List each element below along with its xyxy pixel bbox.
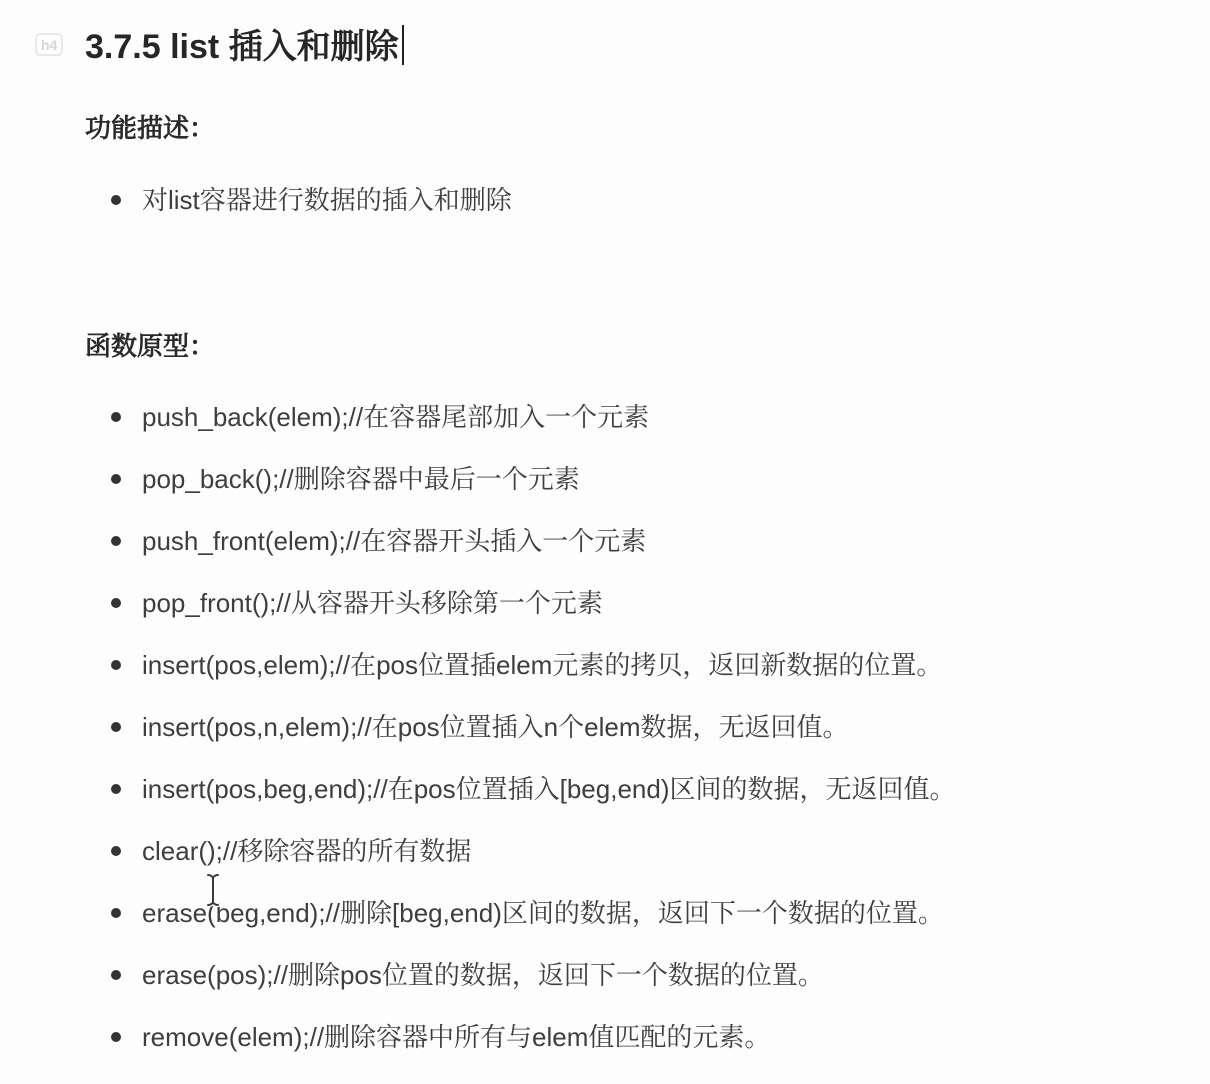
page-title-text: 3.7.5 list 插入和删除 bbox=[85, 28, 399, 66]
list-item[interactable]: pop_front();//从容器开头移除第一个元素 bbox=[142, 587, 1170, 619]
list-item[interactable]: push_front(elem);//在容器开头插入一个元素 bbox=[142, 525, 1170, 557]
list-item[interactable]: insert(pos,n,elem);//在pos位置插入n个elem数据，无返… bbox=[142, 711, 1170, 743]
section-title-function-prototypes[interactable]: 函数原型： bbox=[85, 331, 1170, 361]
heading-level-badge: h4 bbox=[35, 33, 63, 56]
list-item[interactable]: remove(elem);//删除容器中所有与elem值匹配的元素。 bbox=[142, 1021, 1170, 1053]
page-title[interactable]: 3.7.5 list 插入和删除 bbox=[85, 24, 1170, 70]
list-item[interactable]: pop_back();//删除容器中最后一个元素 bbox=[142, 463, 1170, 495]
section-function-prototypes: 函数原型： push_back(elem);//在容器尾部加入一个元素 pop_… bbox=[85, 331, 1170, 1053]
list-item[interactable]: insert(pos,elem);//在pos位置插elem元素的拷贝，返回新数… bbox=[142, 649, 1170, 681]
list-item[interactable]: insert(pos,beg,end);//在pos位置插入[beg,end)区… bbox=[142, 773, 1170, 805]
editor-document-page: h4 3.7.5 list 插入和删除 功能描述： 对list容器进行数据的插入… bbox=[0, 0, 1210, 1084]
list-item[interactable]: erase(beg,end);//删除[beg,end)区间的数据，返回下一个数… bbox=[142, 897, 1170, 929]
function-prototype-list: push_back(elem);//在容器尾部加入一个元素 pop_back()… bbox=[85, 401, 1170, 1053]
list-item[interactable]: erase(pos);//删除pos位置的数据，返回下一个数据的位置。 bbox=[142, 959, 1170, 991]
section-title-function-description[interactable]: 功能描述： bbox=[85, 113, 1170, 143]
section-function-description: 功能描述： 对list容器进行数据的插入和删除 bbox=[85, 113, 1170, 216]
list-item[interactable]: clear();//移除容器的所有数据 bbox=[142, 835, 1170, 867]
list-item[interactable]: push_back(elem);//在容器尾部加入一个元素 bbox=[142, 401, 1170, 433]
text-caret bbox=[402, 25, 404, 65]
function-description-list: 对list容器进行数据的插入和删除 bbox=[85, 184, 1170, 216]
heading-block: h4 3.7.5 list 插入和删除 bbox=[85, 24, 1170, 70]
list-item[interactable]: 对list容器进行数据的插入和删除 bbox=[142, 184, 1170, 216]
